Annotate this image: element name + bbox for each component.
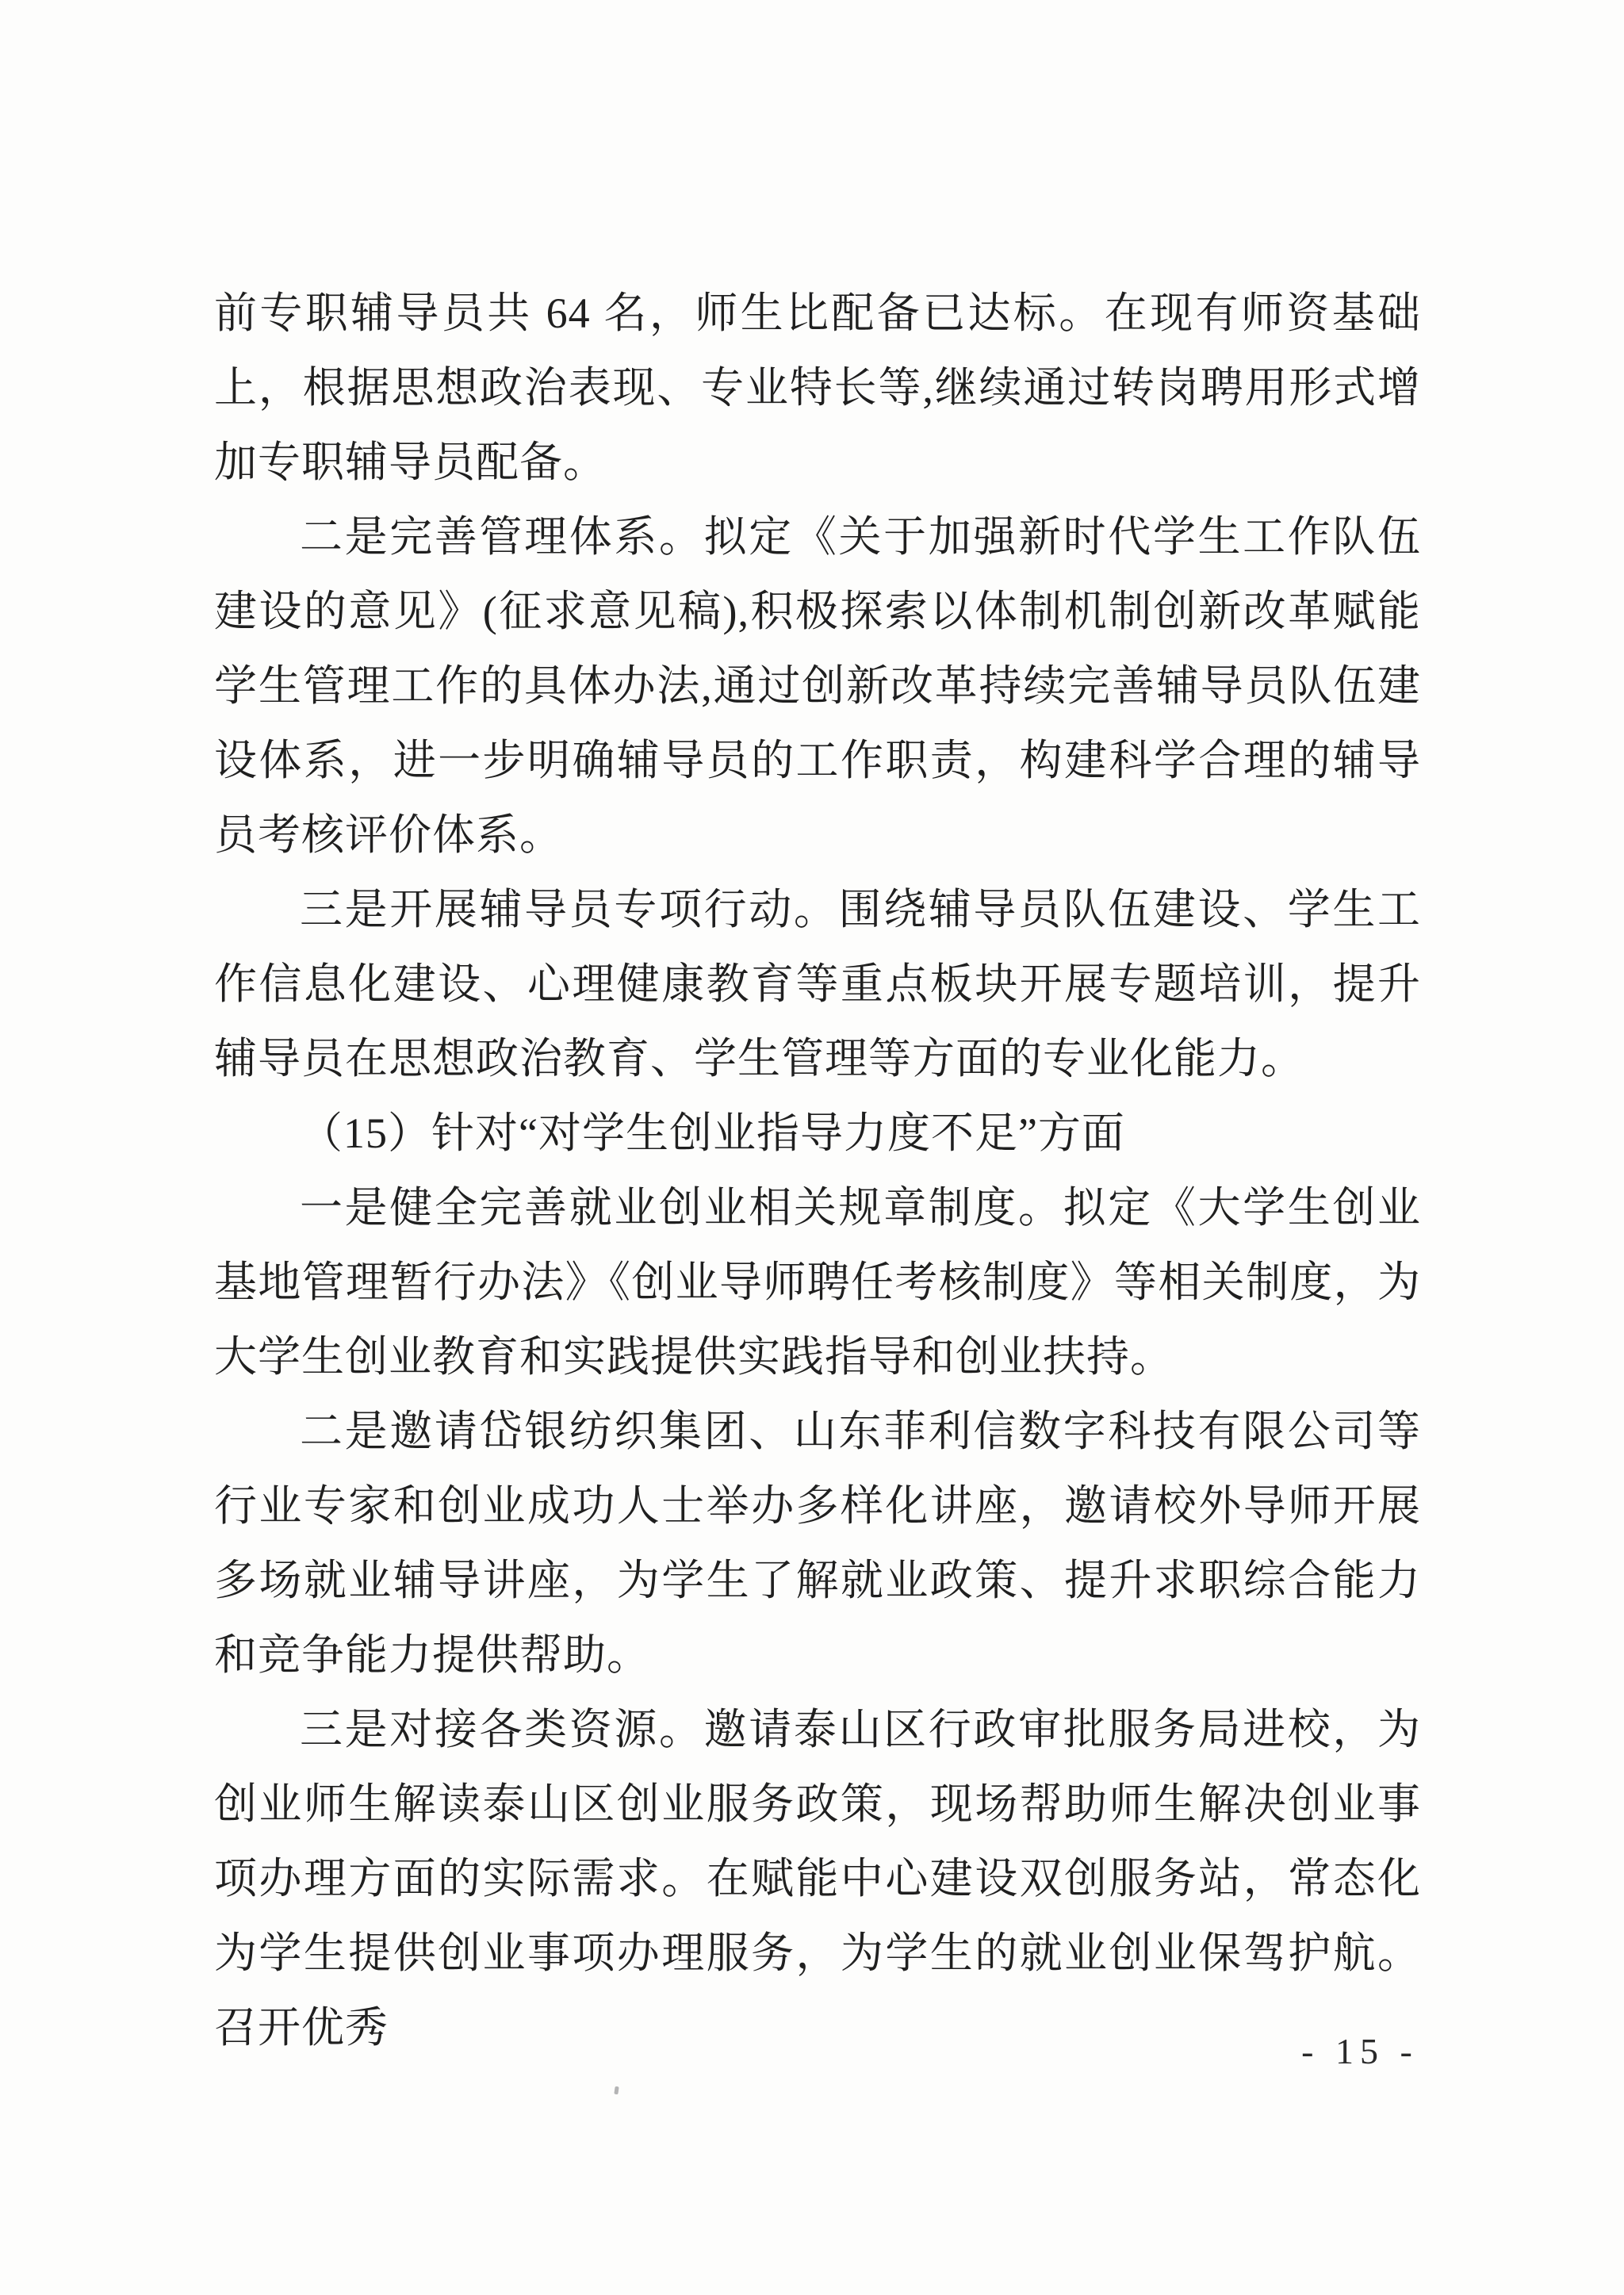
paragraph: 一是健全完善就业创业相关规章制度。拟定《大学生创业基地管理暂行办法》《创业导师聘… bbox=[214, 1170, 1421, 1394]
page-number: - 15 - bbox=[1293, 2024, 1427, 2079]
paragraph: （15）针对“对学生创业指导力度不足”方面 bbox=[214, 1096, 1421, 1170]
paragraph: 前专职辅导员共 64 名，师生比配备已达标。在现有师资基础上，根据思想政治表现、… bbox=[214, 276, 1421, 500]
document-body: 前专职辅导员共 64 名，师生比配备已达标。在现有师资基础上，根据思想政治表现、… bbox=[214, 276, 1421, 2065]
paragraph: 三是对接各类资源。邀请泰山区行政审批服务局进校，为创业师生解读泰山区创业服务政策… bbox=[214, 1692, 1421, 2065]
paragraph: 二是完善管理体系。拟定《关于加强新时代学生工作队伍建设的意见》(征求意见稿),积… bbox=[214, 500, 1421, 872]
scan-artifact-speck bbox=[614, 2086, 619, 2095]
paragraph: 二是邀请岱银纺织集团、山东菲利信数字科技有限公司等行业专家和创业成功人士举办多样… bbox=[214, 1394, 1421, 1692]
paragraph: 三是开展辅导员专项行动。围绕辅导员队伍建设、学生工作信息化建设、心理健康教育等重… bbox=[214, 872, 1421, 1096]
document-page: 前专职辅导员共 64 名，师生比配备已达标。在现有师资基础上，根据思想政治表现、… bbox=[0, 0, 1624, 2295]
